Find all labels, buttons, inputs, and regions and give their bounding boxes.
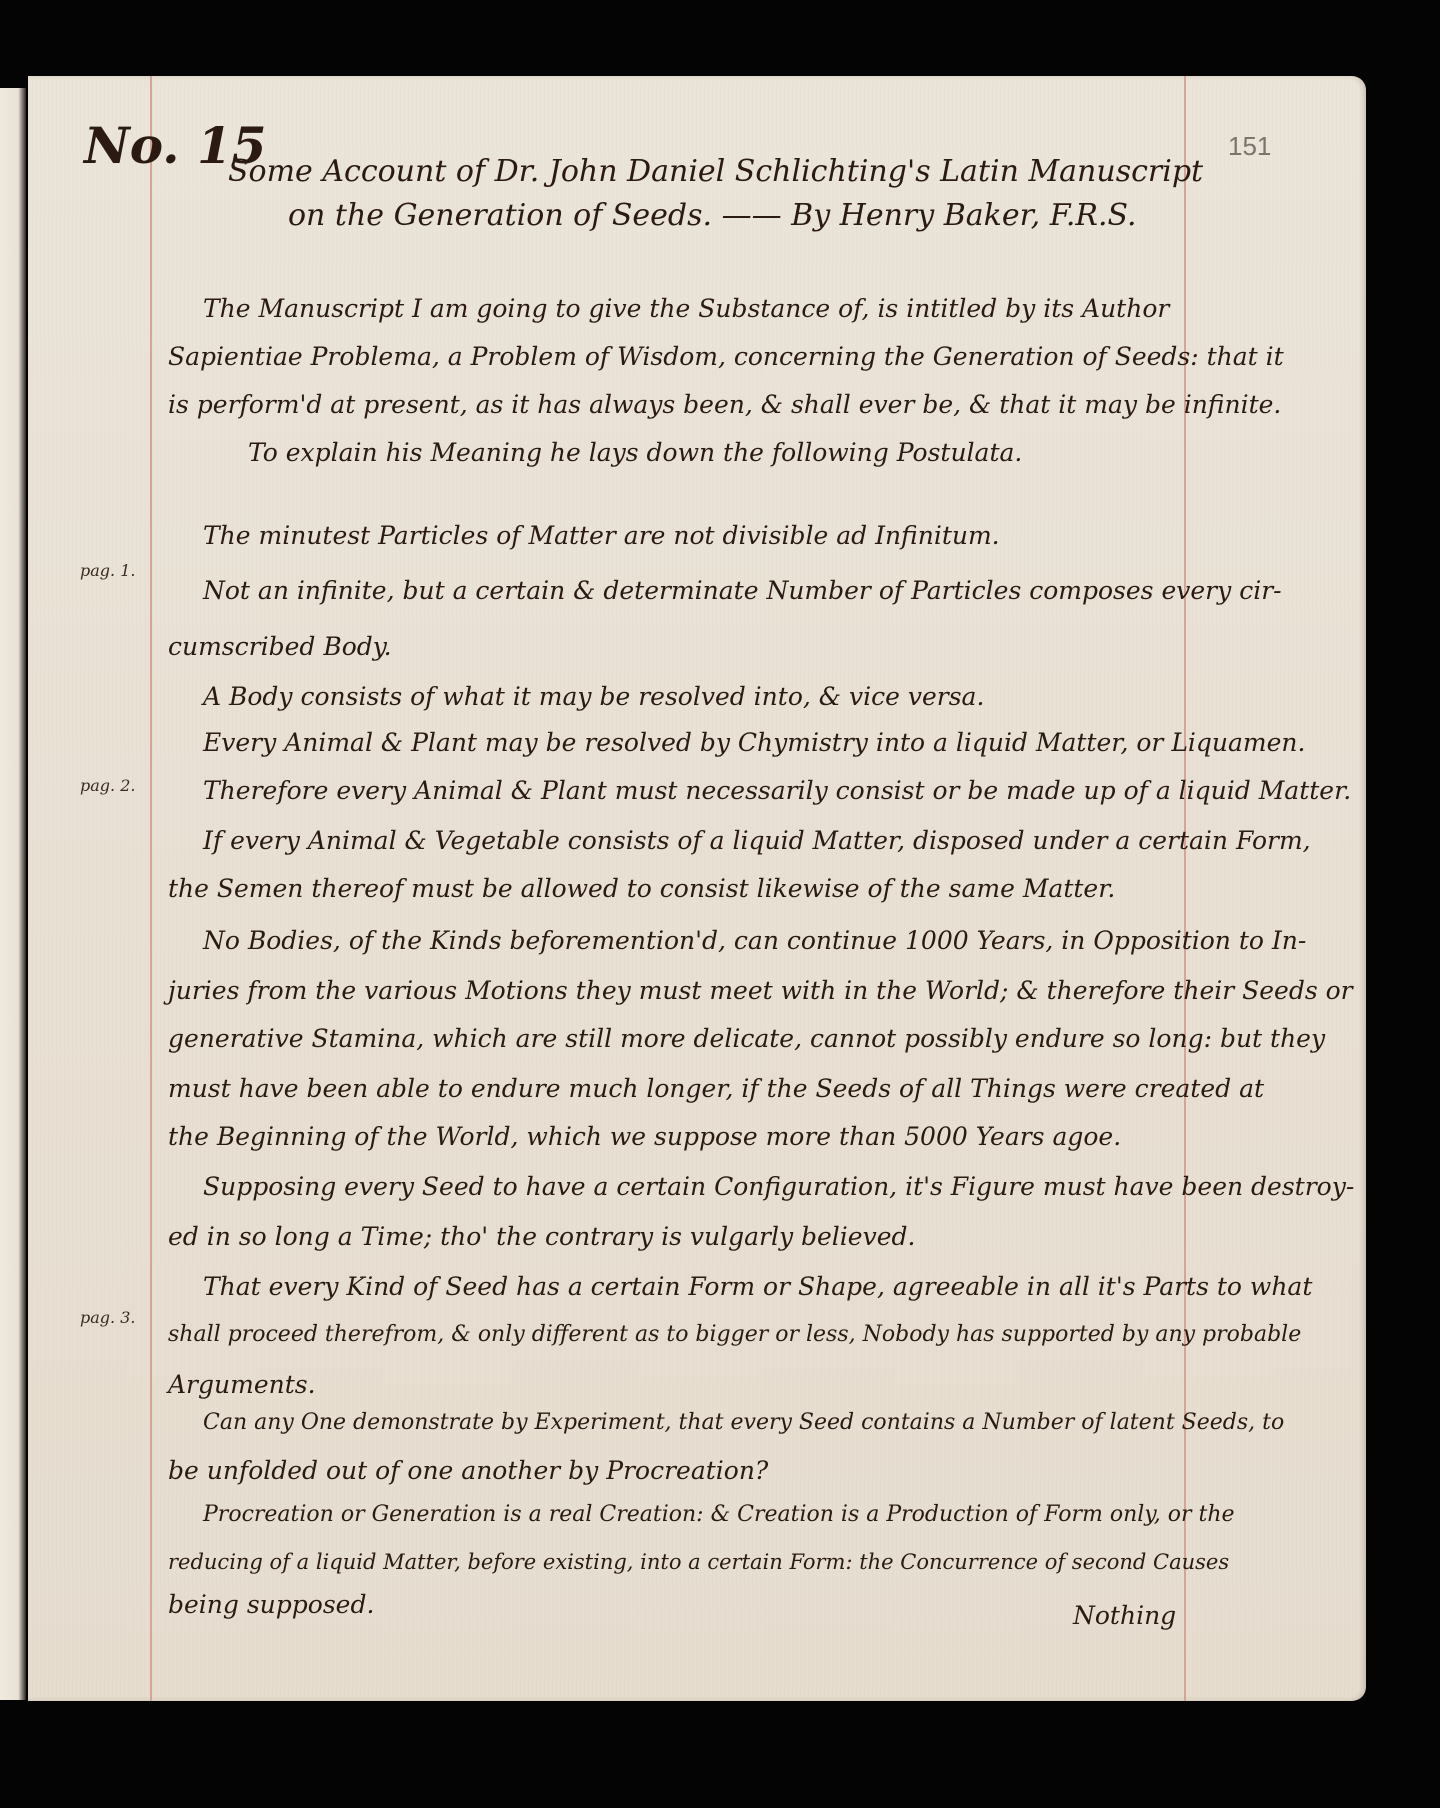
text-line: generative Stamina, which are still more… [168, 1024, 1325, 1053]
text-line: Not an infinite, but a certain & determi… [203, 576, 1282, 605]
text-line: cumscribed Body. [168, 632, 392, 661]
left-margin-rule [150, 76, 152, 1701]
text-line: Supposing every Seed to have a certain C… [203, 1172, 1354, 1201]
margin-note: pag. 3. [80, 1308, 135, 1327]
previous-page-edge [0, 88, 26, 1700]
text-line: Therefore every Animal & Plant must nece… [203, 776, 1351, 805]
title-line-1: Some Account of Dr. John Daniel Schlicht… [228, 154, 1203, 189]
folio-number: 151 [1228, 131, 1271, 162]
text-line: No Bodies, of the Kinds beforemention'd,… [203, 926, 1306, 955]
text-line: the Beginning of the World, which we sup… [168, 1122, 1121, 1151]
text-line: is perform'd at present, as it has alway… [168, 390, 1281, 419]
text-line: reducing of a liquid Matter, before exis… [168, 1550, 1229, 1574]
text-line: be unfolded out of one another by Procre… [168, 1456, 768, 1485]
title-line-2: on the Generation of Seeds. —— By Henry … [288, 198, 1137, 233]
text-line: ed in so long a Time; tho' the contrary … [168, 1222, 915, 1251]
text-line: The minutest Particles of Matter are not… [203, 521, 1000, 550]
text-line: the Semen thereof must be allowed to con… [168, 874, 1115, 903]
text-line: To explain his Meaning he lays down the … [248, 438, 1022, 467]
text-line: That every Kind of Seed has a certain Fo… [203, 1272, 1312, 1301]
text-line: juries from the various Motions they mus… [168, 976, 1353, 1005]
manuscript-page: No. 15 151 Some Account of Dr. John Dani… [28, 76, 1366, 1701]
right-margin-rule [1184, 76, 1186, 1701]
text-line: must have been able to endure much longe… [168, 1074, 1264, 1103]
text-line: If every Animal & Vegetable consists of … [203, 826, 1311, 855]
margin-note: pag. 2. [80, 776, 135, 795]
margin-note: pag. 1. [80, 561, 135, 580]
text-line: Procreation or Generation is a real Crea… [203, 1502, 1235, 1527]
text-line: Can any One demonstrate by Experiment, t… [203, 1410, 1284, 1435]
text-line: A Body consists of what it may be resolv… [203, 682, 984, 711]
text-line: Arguments. [168, 1370, 316, 1399]
text-line: The Manuscript I am going to give the Su… [203, 294, 1169, 323]
text-line: Every Animal & Plant may be resolved by … [203, 728, 1305, 757]
text-line: Sapientiae Problema, a Problem of Wisdom… [168, 342, 1284, 371]
text-line: shall proceed therefrom, & only differen… [168, 1322, 1301, 1347]
catchword: Nothing [1073, 1601, 1176, 1630]
text-line: being supposed. [168, 1590, 374, 1619]
